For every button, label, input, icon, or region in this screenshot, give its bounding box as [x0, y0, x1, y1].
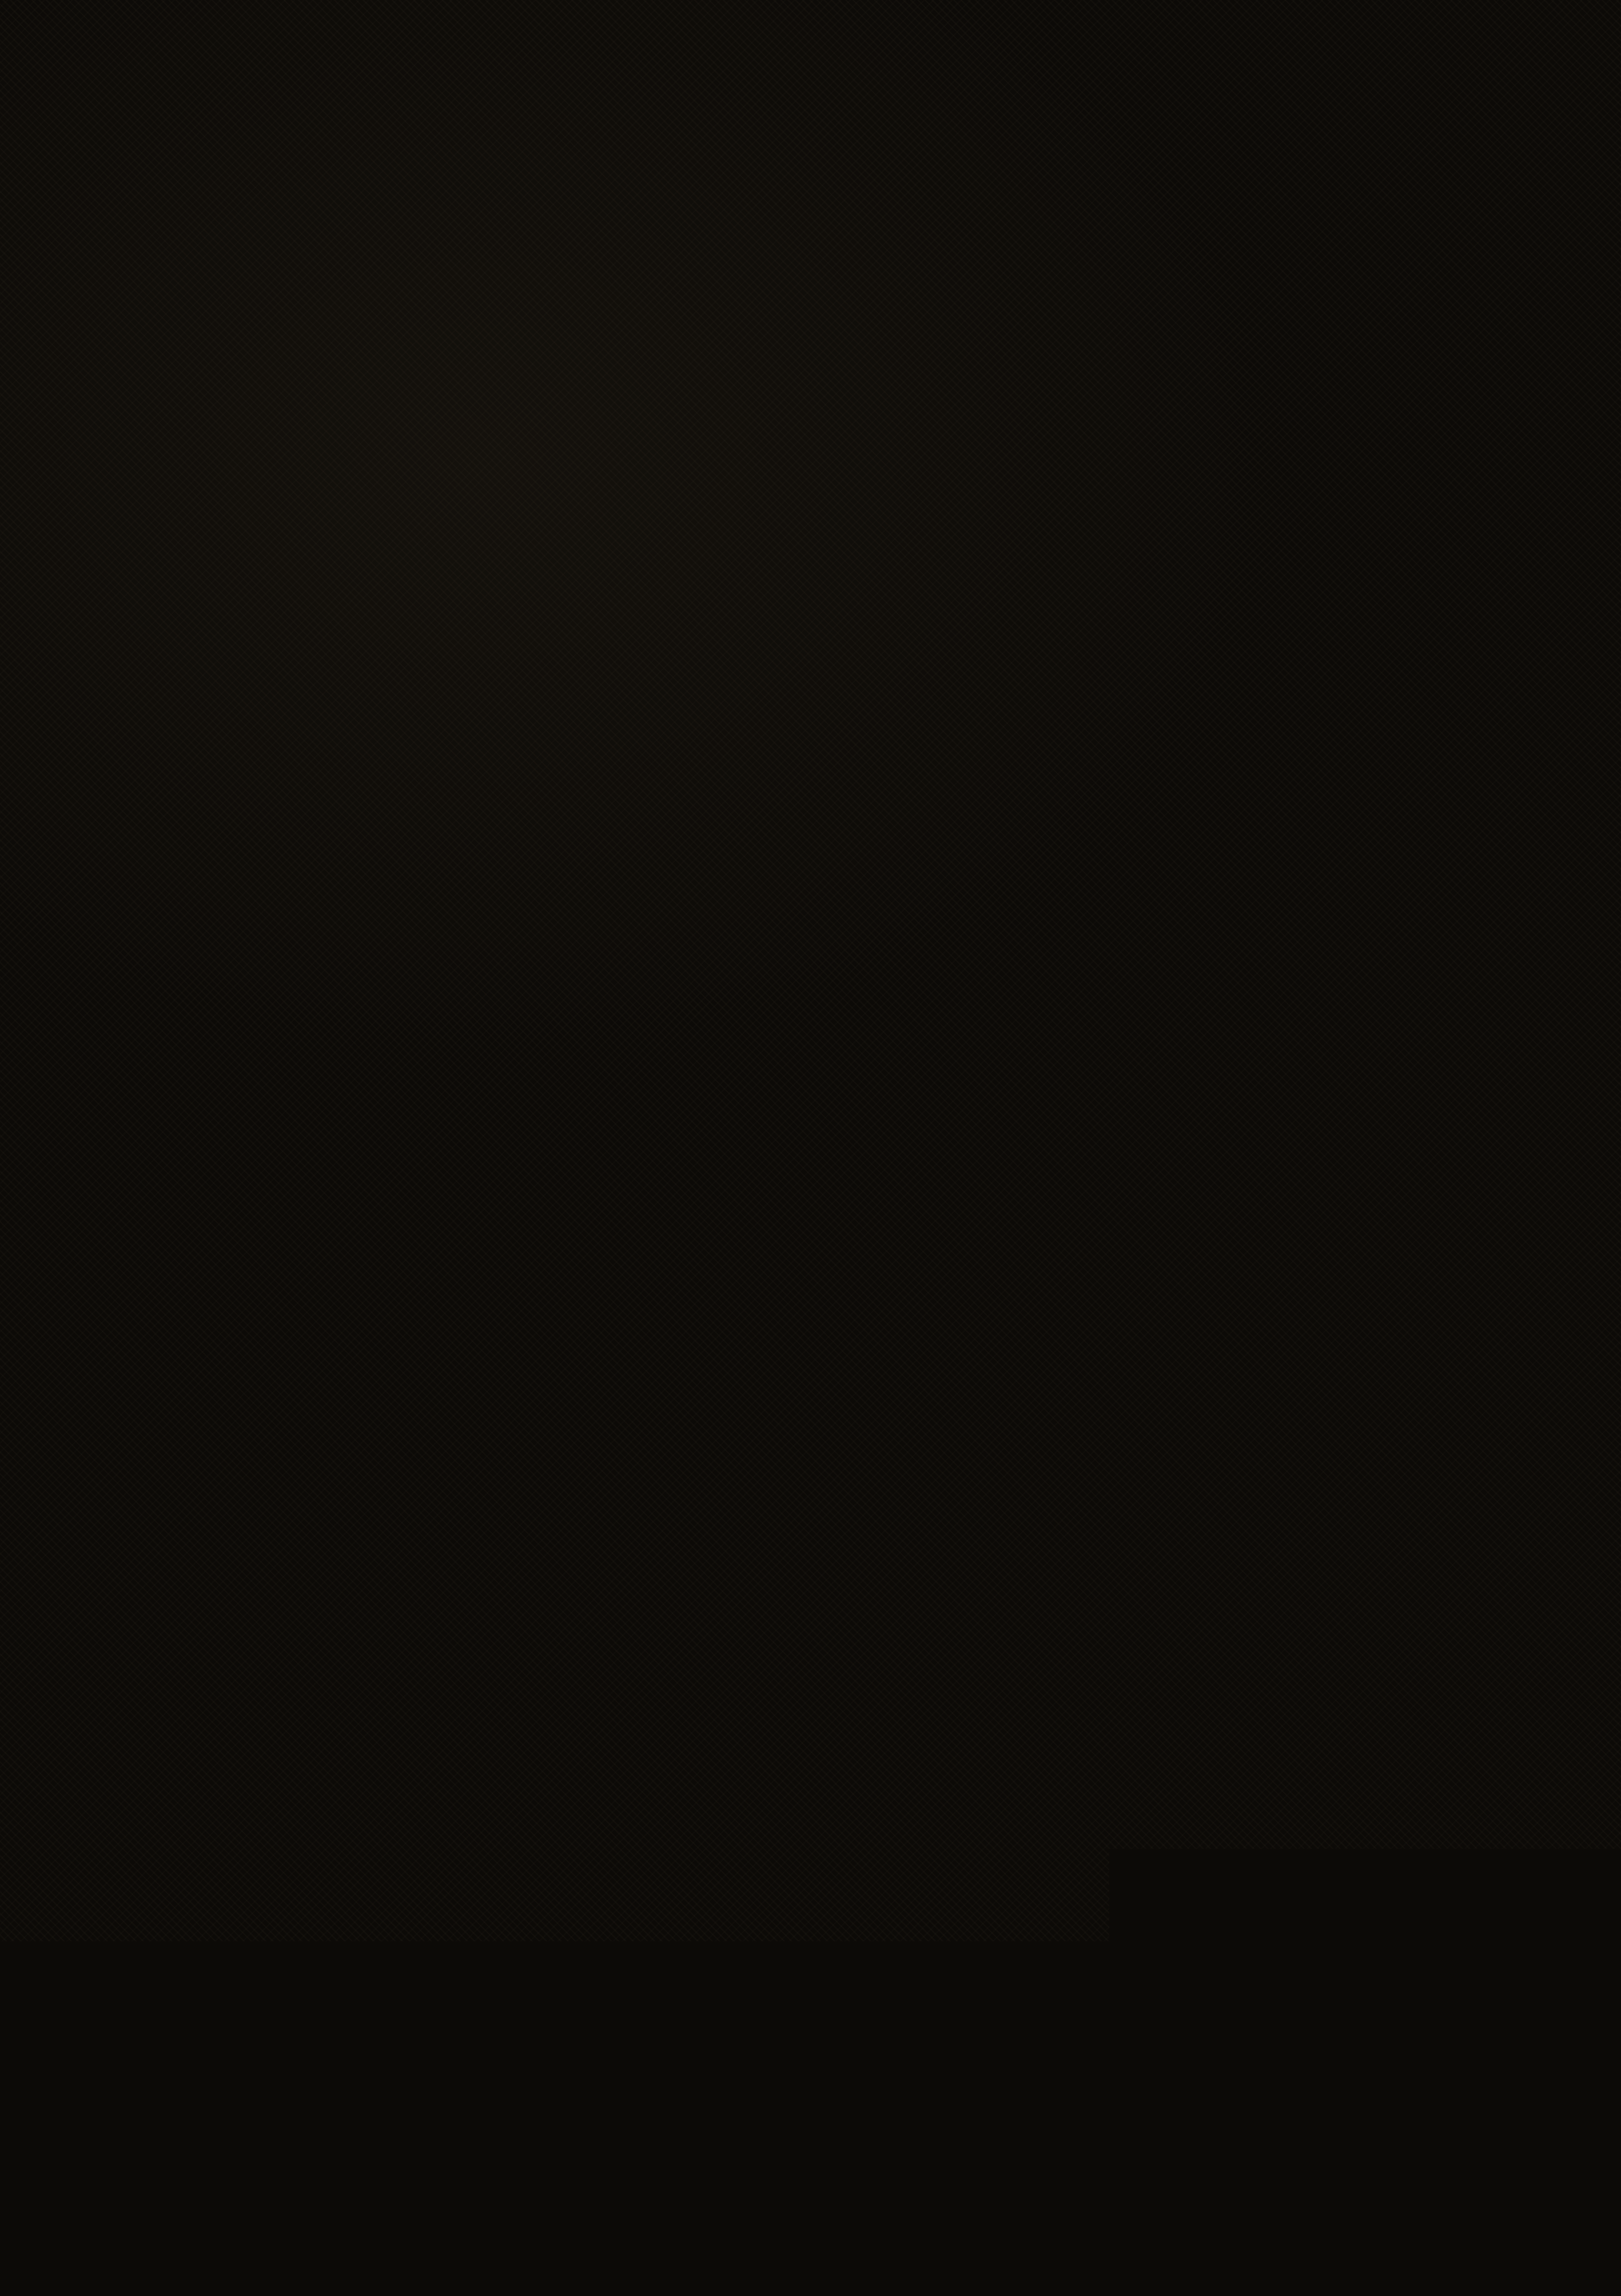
ink-speck [920, 342, 924, 346]
salutation-ex: Ex. [1054, 107, 1245, 242]
faded-line: . . pela qual . . . de . . . ja [324, 863, 1322, 937]
faded-fragment: V. b. q. [576, 1140, 840, 1212]
manuscript-line: A. E. apresentação a S. Ex.ca aVer= [378, 1141, 1544, 1213]
manuscript-line: satisfeita agradecendo a S. Ex.Ca. com [298, 1502, 1553, 1575]
ink-mark [22, 1939, 80, 1990]
ink-speck [1266, 1550, 1271, 1555]
ink-speck [466, 218, 471, 223]
ink-speck [833, 444, 837, 448]
salutation-superscript: mo [950, 105, 1031, 161]
ink-speck [149, 1699, 154, 1704]
ink-squiggle [153, 1030, 240, 1110]
ink-speck [1208, 353, 1214, 359]
manuscript-line: nexas dadroida q. mudave, e fim. to [290, 1431, 1466, 1509]
manuscript-paper: M.moEx.moSenhor R b D nezo ca tudo brand… [0, 0, 1621, 2296]
ink-speck [178, 1350, 183, 1355]
faded-line: a carta de V. Ex.a . . . que me foi [331, 798, 1569, 873]
ink-speck [775, 1383, 779, 1387]
ink-speck [1029, 603, 1034, 607]
ink-speck [1411, 739, 1417, 744]
ink-speck [884, 186, 888, 190]
ink-speck [1328, 474, 1332, 479]
charred-right-tear [1339, 1776, 1601, 2154]
charred-bottom-edge [255, 2089, 1259, 2256]
manuscript-line: a certeza de q. brevem.te elle terá muyo [306, 1575, 1601, 1647]
salutation-senhor: Senhor [1342, 95, 1621, 229]
manuscript-line: pinto de Drag. Telles ( veio em Vagas [313, 1211, 1573, 1284]
manuscript-line: m . . tinha o commissario, constava da [341, 997, 1617, 1076]
ink-speck [604, 1798, 609, 1803]
manuscript-line: partecipação q. S. Ex.ca me determinou [269, 1807, 1523, 1880]
ink-mark [35, 167, 100, 211]
faded-fragment: de Sa. [583, 1067, 811, 1138]
manuscript-line: R b D nezo ca [349, 648, 1533, 775]
manuscript-line: tudo brando fez entrega. m . . . [324, 932, 1373, 1004]
ink-speck [251, 655, 255, 659]
salutation-superscript: mo [1240, 95, 1321, 151]
manuscript-line: a S. Ex.ca b. l. fone serv. determinad a… [284, 1282, 1621, 1358]
ink-speck [284, 859, 289, 864]
salutation-initial: M. [740, 90, 955, 259]
ink-speck [415, 2190, 421, 2196]
photo-background: M.moEx.moSenhor R b D nezo ca tudo brand… [0, 0, 1621, 2296]
manuscript-line: soldo livre p.a acontado em um embolse [276, 1649, 1590, 1727]
faded-strip-1: a carta de V. Ex.a . . . que me foi . . … [313, 794, 1550, 942]
ink-speck [815, 615, 820, 620]
ink-blot [597, 1896, 815, 2052]
faded-strip-2: de Sa. V. b. q. [561, 1055, 948, 1217]
letter-salutation: M.moEx.moSenhor [740, 60, 1621, 258]
manuscript-line: serão deixe alcançado em q. nunca inde [302, 1358, 1606, 1431]
ink-speck [1091, 1736, 1097, 1741]
